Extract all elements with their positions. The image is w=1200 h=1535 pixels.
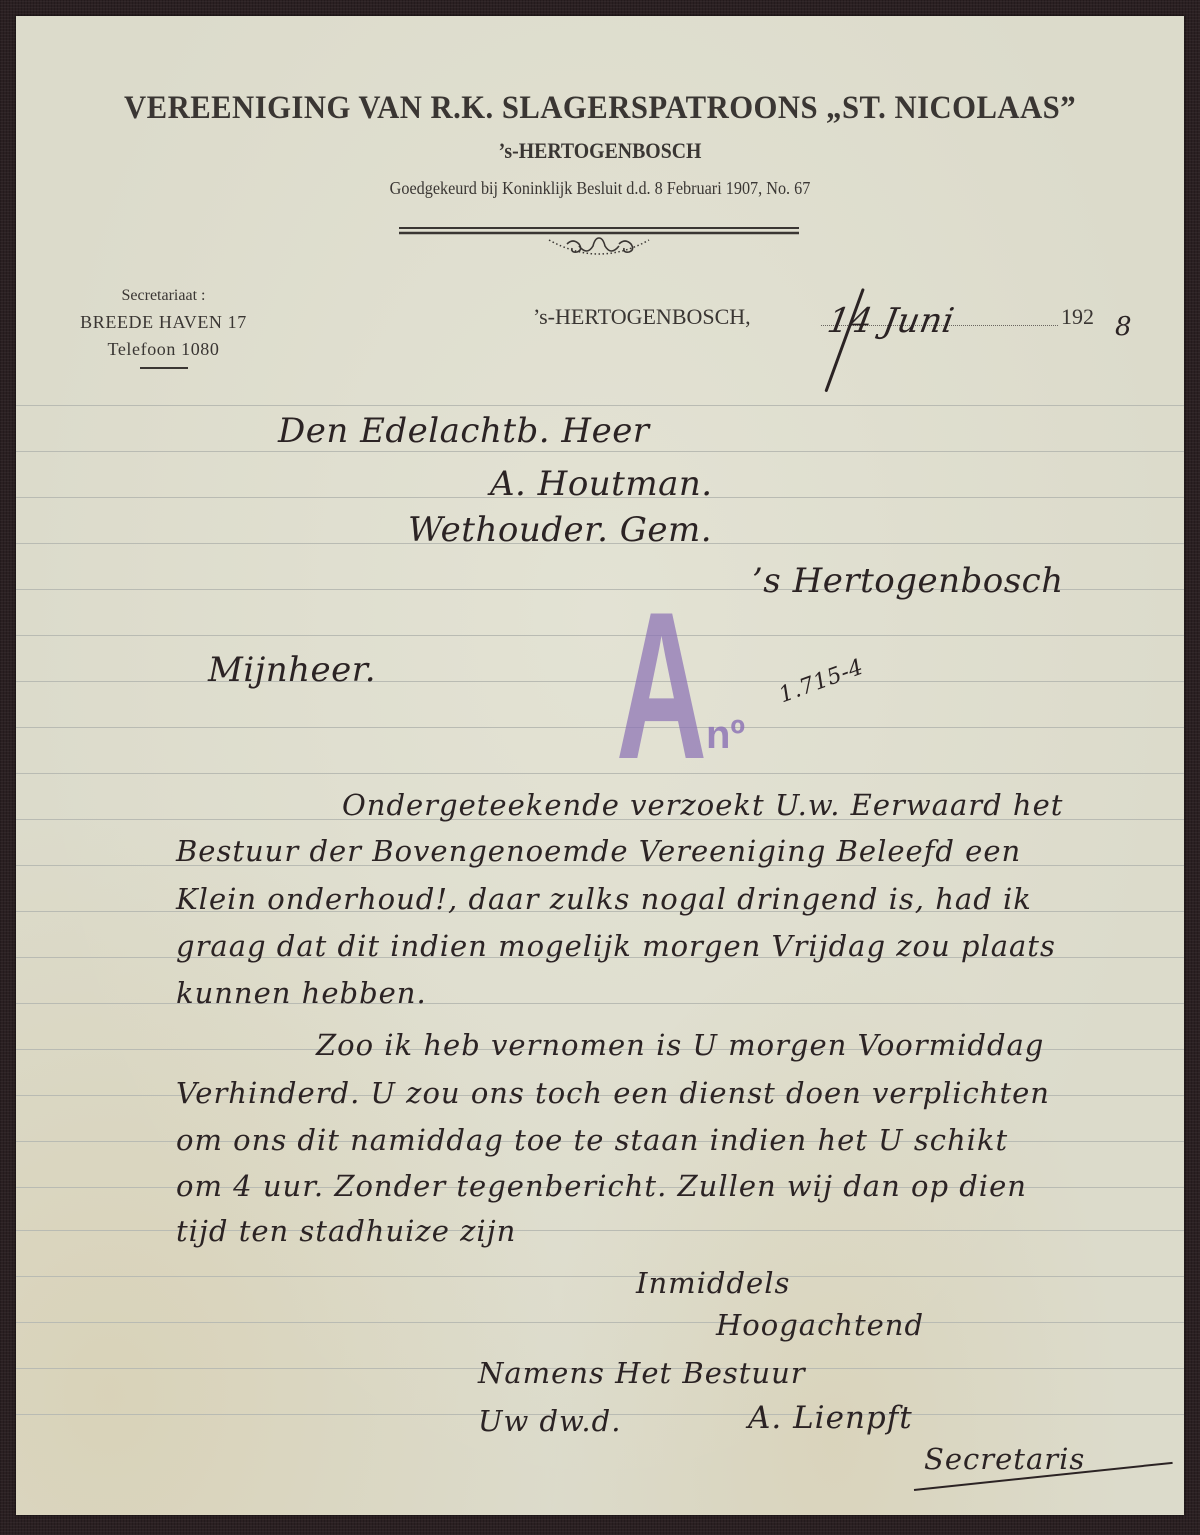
stamp-handwritten-number: 1.715-4: [776, 655, 867, 709]
ruled-line: [16, 635, 1184, 636]
ruled-line: [16, 773, 1184, 774]
closing-line: Inmiddels: [636, 1266, 790, 1300]
addressee-line: Den Edelachtb. Heer: [278, 411, 650, 451]
body-line: Bestuur der Bovengenoemde Vereeniging Be…: [176, 834, 1021, 868]
body-line: Ondergeteekende verzoekt U.w. Eerwaard h…: [342, 788, 1063, 822]
ruled-line: [16, 1322, 1184, 1323]
on-behalf-line: Namens Het Bestuur: [478, 1356, 806, 1390]
letterhead-title: VEREENIGING VAN R.K. SLAGERSPATROONS „ST…: [57, 90, 1143, 127]
addressee-line: Wethouder. Gem.: [408, 510, 712, 550]
ruled-line: [16, 405, 1184, 406]
body-line: Klein onderhoud!, daar zulks nogal dring…: [176, 882, 1032, 916]
role-prefix: Uw dw.d.: [478, 1404, 621, 1438]
addressee-line: A. Houtman.: [490, 464, 713, 504]
salutation: Mijnheer.: [208, 650, 376, 690]
letterhead-city: ’s-HERTOGENBOSCH: [74, 138, 1125, 164]
stamp-number-prefix: nº: [706, 713, 745, 758]
addressee-line: ’s Hertogenbosch: [752, 561, 1064, 601]
body-line: om 4 uur. Zonder tegenbericht. Zullen wi…: [176, 1169, 1027, 1203]
body-line: kunnen hebben.: [176, 976, 427, 1010]
secretariat-block: Secretariaat : BREEDE HAVEN 17 Telefoon …: [56, 282, 271, 369]
dateline-year-printed: 192: [1061, 304, 1094, 330]
received-stamp: A nº: [616, 601, 776, 771]
secretariat-phone: Telefoon 1080: [56, 336, 271, 363]
letter-page: VEREENIGING VAN R.K. SLAGERSPATROONS „ST…: [16, 16, 1184, 1515]
secretariat-label: Secretariaat :: [56, 282, 271, 309]
signatory-title: Secretaris: [924, 1442, 1085, 1476]
ruled-line: [16, 727, 1184, 728]
secretariat-address: BREEDE HAVEN 17: [56, 309, 271, 336]
body-line: tijd ten stadhuize zijn: [176, 1214, 516, 1248]
scroll-ornament-icon: [399, 224, 799, 264]
signature: A. Lienpft: [748, 1400, 913, 1436]
body-line: Zoo ik heb vernomen is U morgen Voormidd…: [316, 1028, 1044, 1062]
closing-line: Hoogachtend: [716, 1308, 924, 1342]
ruled-line: [16, 451, 1184, 452]
letterhead-approval: Goedgekeurd bij Koninklijk Besluit d.d. …: [74, 178, 1125, 199]
secretariat-divider: [140, 367, 188, 369]
body-line: graag dat dit indien mogelijk morgen Vri…: [176, 929, 1056, 963]
dateline-place: ’s-HERTOGENBOSCH,: [533, 304, 751, 330]
handwritten-year-digit: 8: [1115, 312, 1132, 342]
body-line: Verhinderd. U zou ons toch een dienst do…: [176, 1076, 1050, 1110]
ruled-line: [16, 1276, 1184, 1277]
stamp-letter: A: [616, 601, 707, 771]
ruled-line: [16, 681, 1184, 682]
body-line: om ons dit namiddag toe te staan indien …: [176, 1123, 1008, 1157]
